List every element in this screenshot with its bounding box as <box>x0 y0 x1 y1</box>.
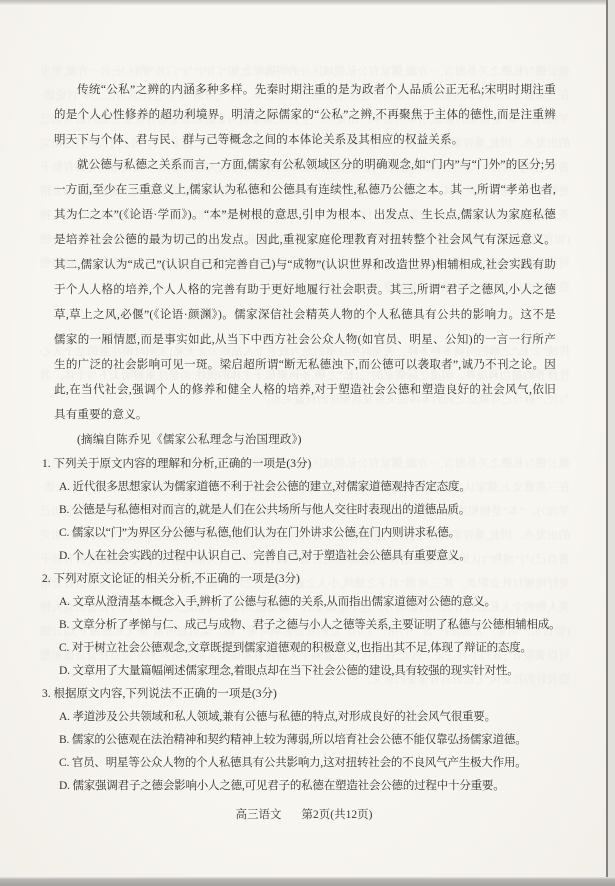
question-2-option-c: C. 对于树立社会公德观念,文章既提到儒家道德观的积极意义,也指出其不足,体现了… <box>42 637 556 660</box>
question-2-stem: 2. 下列对原文论证的相关分析,不正确的一项是(3分) <box>42 568 556 591</box>
page-content: 传统“公私”之辨的内涵多种多样。先秦时期注重的是为政者个人品质公正无私;宋明时期… <box>42 78 556 798</box>
scan-edge-right-strip <box>608 0 615 886</box>
question-2-option-a: A. 文章从澄清基本概念入手,辨析了公德与私德的关系,从而指出儒家道德对公德的意… <box>42 591 556 614</box>
question-3-option-b: B. 儒家的公德观在法治精神和契约精神上较为薄弱,所以培育社会公德不能仅靠弘扬儒… <box>42 729 556 752</box>
question-1-stem: 1. 下列关于原文内容的理解和分析,正确的一项是(3分) <box>42 453 556 476</box>
question-2: 2. 下列对原文论证的相关分析,不正确的一项是(3分) A. 文章从澄清基本概念… <box>42 568 556 683</box>
passage-paragraph-1: 传统“公私”之辨的内涵多种多样。先秦时期注重的是为政者个人品质公正无私;宋明时期… <box>42 78 556 153</box>
footer-subject-label: 高三语文 <box>236 806 282 822</box>
passage-source-citation: (摘编自陈乔见《儒家公私理念与治国理政》) <box>42 428 556 453</box>
question-3-option-d: D. 儒家强调君子之德会影响小人之德,可见君子的私德在塑造社会公德的过程中十分重… <box>42 775 556 798</box>
question-3-option-c: C. 官员、明星等公众人物的个人私德具有公共影响力,这对扭转社会的不良风气产生极… <box>42 752 556 775</box>
scan-edge-top <box>0 0 615 5</box>
question-1-option-b: B. 公德是与私德相对而言的,就是人们在公共场所与他人交往时表现出的道德品质。 <box>42 499 556 522</box>
exam-paper-page: 就公德与私德之关系而言,一方面,儒家有公私领域区分的明确观念,如“门内”与“门外… <box>0 0 615 886</box>
question-2-option-b: B. 文章分析了孝悌与仁、成己与成物、君子之德与小人之德等关系,主要证明了私德与… <box>42 614 556 637</box>
scan-edge-bottom <box>0 877 615 886</box>
question-3-stem: 3. 根据原文内容,下列说法不正确的一项是(3分) <box>42 683 556 706</box>
scan-edge-right-line <box>606 0 608 886</box>
passage-paragraph-2: 就公德与私德之关系而言,一方面,儒家有公私领域区分的明确观念,如“门内”与“门外… <box>42 153 556 428</box>
question-1: 1. 下列关于原文内容的理解和分析,正确的一项是(3分) A. 近代很多思想家认… <box>42 453 556 568</box>
page-footer: 高三语文 第2页(共12页) <box>0 806 608 822</box>
footer-page-number: 第2页(共12页) <box>302 806 373 822</box>
question-1-option-a: A. 近代很多思想家认为儒家道德不利于社会公德的建立,对儒家道德观持否定态度。 <box>42 476 556 499</box>
question-2-option-d: D. 文章用了大量篇幅阐述儒家理念,着眼点却在当下社会公德的建设,具有较强的现实… <box>42 660 556 683</box>
question-1-option-c: C. 儒家以“门”为界区分公德与私德,他们认为在门外讲求公德,在门内则讲求私德。 <box>42 522 556 545</box>
question-3: 3. 根据原文内容,下列说法不正确的一项是(3分) A. 孝道涉及公共领域和私人… <box>42 683 556 798</box>
question-3-option-a: A. 孝道涉及公共领域和私人领域,兼有公德与私德的特点,对形成良好的社会风气很重… <box>42 706 556 729</box>
question-1-option-d: D. 个人在社会实践的过程中认识自己、完善自己,对于塑造社会公德具有重要意义。 <box>42 545 556 568</box>
reading-passage: 传统“公私”之辨的内涵多种多样。先秦时期注重的是为政者个人品质公正无私;宋明时期… <box>42 78 556 453</box>
